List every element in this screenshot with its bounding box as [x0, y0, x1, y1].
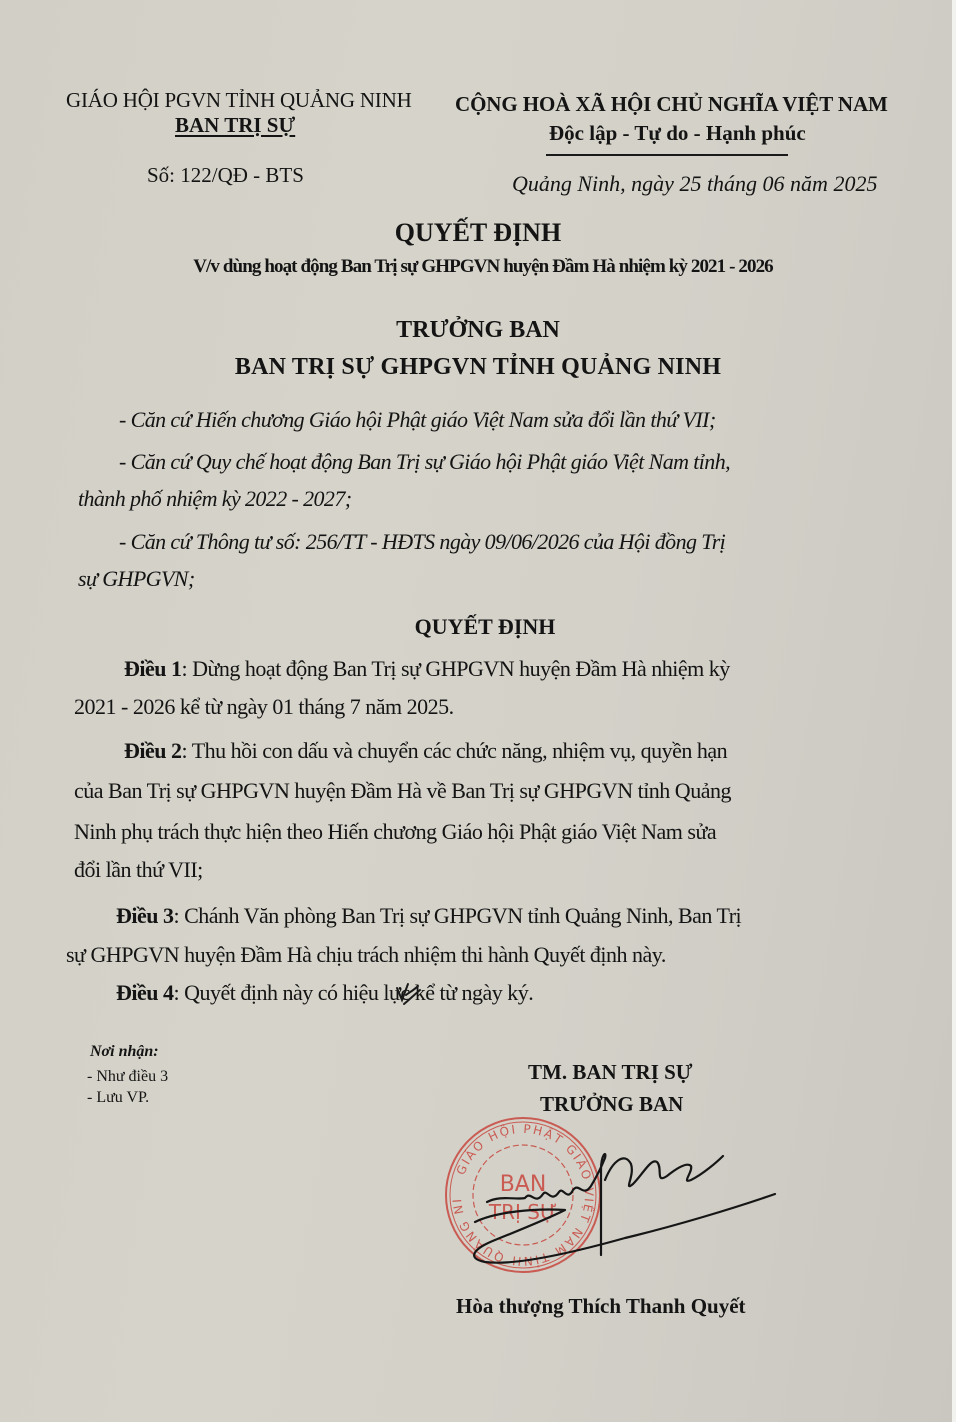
motto-underline [546, 154, 788, 156]
article-text: : Thu hồi con dấu và chuyển các chức năn… [182, 738, 728, 763]
document-number: Số: 122/QĐ - BTS [147, 163, 304, 188]
initial-mark-icon [394, 978, 424, 1008]
article-2-cont: của Ban Trị sự GHPGVN huyện Đầm Hà về Ba… [74, 778, 731, 804]
legal-basis-2-cont: thành phố nhiệm kỳ 2022 - 2027; [78, 486, 351, 512]
article-2-cont: Ninh phụ trách thực hiện theo Hiến chươn… [74, 819, 716, 845]
page-edge [952, 0, 956, 1422]
recipient-item: - Lưu VP. [87, 1089, 149, 1107]
document-page: GIÁO HỘI PGVN TỈNH QUẢNG NINH BAN TRỊ SỰ… [0, 0, 956, 1422]
article-3: Điều 3: Chánh Văn phòng Ban Trị sự GHPGV… [116, 903, 741, 929]
issuing-organization: GIÁO HỘI PGVN TỈNH QUẢNG NINH [66, 88, 412, 113]
article-label: Điều 1 [124, 656, 182, 681]
document-subject: V/v dùng hoạt động Ban Trị sự GHPGVN huy… [0, 256, 956, 278]
article-label: Điều 4 [116, 980, 174, 1005]
recipient-item: - Như điều 3 [87, 1068, 168, 1086]
issuer-organization: BAN TRỊ SỰ GHPGVN TỈNH QUẢNG NINH [0, 354, 956, 381]
article-4: Điều 4: Quyết định này có hiệu lực kể từ… [116, 980, 533, 1006]
article-label: Điều 3 [116, 903, 174, 928]
article-1-cont: 2021 - 2026 kể từ ngày 01 tháng 7 năm 20… [74, 694, 454, 720]
article-1: Điều 1: Dừng hoạt động Ban Trị sự GHPGVN… [124, 656, 730, 682]
recipients-label: Nơi nhận: [90, 1043, 159, 1061]
legal-basis-3: - Căn cứ Thông tư số: 256/TT - HĐTS ngày… [119, 529, 725, 555]
legal-basis-1: - Căn cứ Hiến chương Giáo hội Phật giáo … [119, 407, 716, 433]
legal-basis-3-cont: sự GHPGVN; [78, 566, 195, 592]
national-title: CỘNG HOÀ XÃ HỘI CHỦ NGHĨA VIỆT NAM [455, 92, 888, 117]
article-3-cont: sự GHPGVN huyện Đầm Hà chịu trách nhiệm … [66, 942, 666, 968]
decision-heading: QUYẾT ĐỊNH [0, 614, 956, 640]
article-text: : Dừng hoạt động Ban Trị sự GHPGVN huyện… [182, 656, 730, 681]
article-text: : Quyết định này có hiệu lực kể từ ngày … [174, 980, 534, 1005]
legal-basis-2: - Căn cứ Quy chế hoạt động Ban Trị sự Gi… [119, 449, 730, 475]
issuing-department: BAN TRỊ SỰ [175, 113, 295, 138]
signer-role: TRƯỞNG BAN [540, 1092, 683, 1117]
article-label: Điều 2 [124, 738, 182, 763]
article-2: Điều 2: Thu hồi con dấu và chuyển các ch… [124, 738, 727, 764]
signer-name: Hòa thượng Thích Thanh Quyết [456, 1294, 746, 1319]
on-behalf-of: TM. BAN TRỊ SỰ [528, 1060, 693, 1085]
document-title: QUYẾT ĐỊNH [0, 218, 956, 248]
national-motto: Độc lập - Tự do - Hạnh phúc [549, 121, 806, 146]
article-text: : Chánh Văn phòng Ban Trị sự GHPGVN tỉnh… [174, 903, 742, 928]
issuer-title: TRƯỞNG BAN [0, 317, 956, 344]
handwritten-signature-icon [455, 1140, 785, 1280]
article-2-cont: đổi lần thứ VII; [74, 857, 203, 883]
place-date: Quảng Ninh, ngày 25 tháng 06 năm 2025 [512, 171, 877, 197]
